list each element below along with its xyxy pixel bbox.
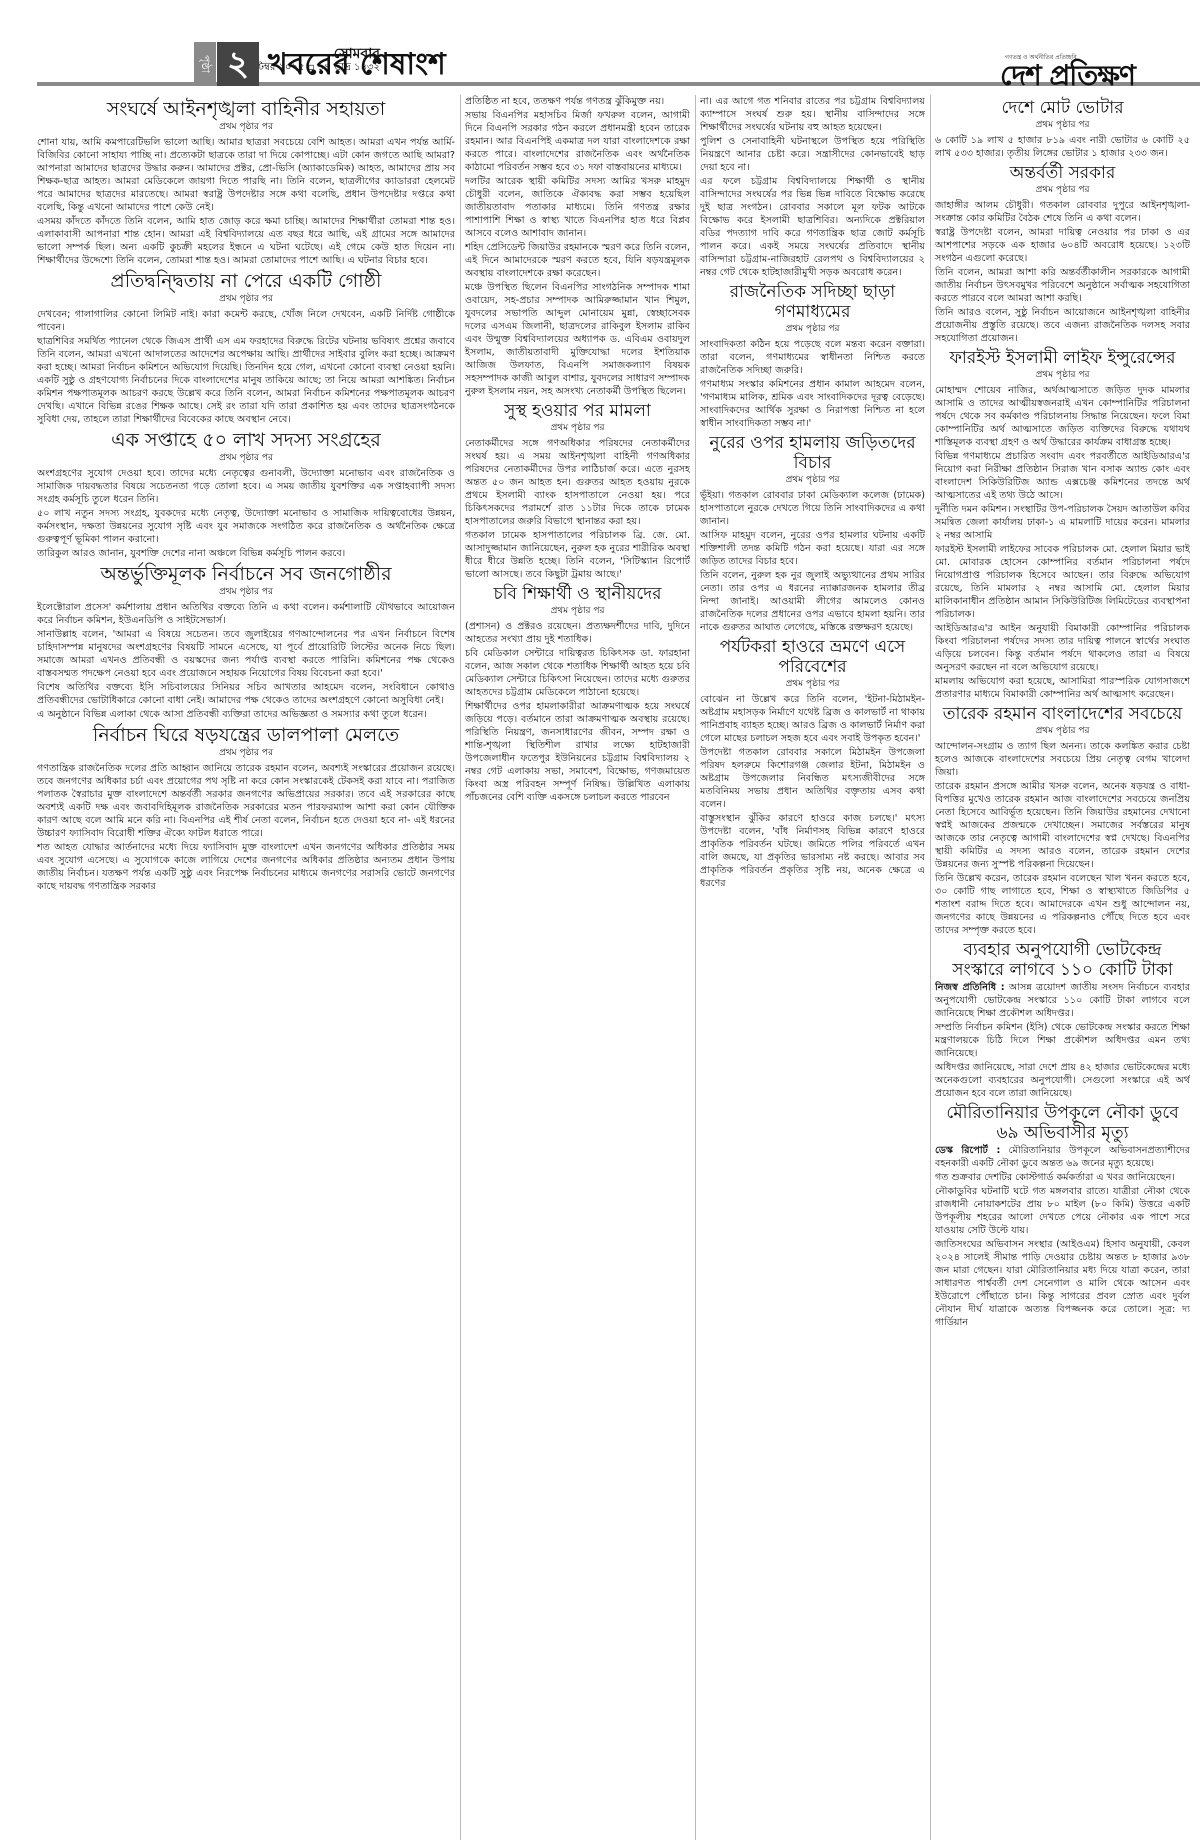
- article-votekendro-sanskar: ব্যবহার অনুপযোগী ভোটকেন্দ্র সংস্কারে লাগ…: [935, 940, 1190, 1100]
- article-paragraph: ছাত্রশিবির সমর্থিত প্যানেল থেকে জিএস প্র…: [37, 335, 455, 426]
- article-paragraph: ইলেক্টোরাল প্রসেস' কর্মশালায় প্রধান অতি…: [37, 601, 455, 627]
- column-divider: [695, 95, 696, 1840]
- continued-label: প্রথম পৃষ্ঠার পর: [935, 369, 1190, 382]
- continued-label: প্রথম পৃষ্ঠার পর: [37, 121, 455, 134]
- article-headline: অন্তর্ভুক্তিমূলক নির্বাচনে সব জনগোষ্ঠীর: [37, 563, 455, 585]
- article-chobi-shikkharthi: চবি শিক্ষার্থী ও স্থানীয়দের প্রথম পৃষ্ঠ…: [465, 584, 690, 804]
- continued-label: প্রথম পৃষ্ঠার পর: [465, 422, 690, 435]
- article-headline: সংঘর্ষে আইনশৃঙ্খলা বাহিনীর সহায়তা: [37, 98, 455, 120]
- article-paragraph: শত আহত যোদ্ধার আর্তনাদের মধ্যে দিয়ে ফ্য…: [37, 841, 455, 893]
- column-4: না। এর আগে গত শনিবার রাতের পর চট্টগ্রাম …: [700, 95, 925, 1840]
- article-continuation-fareast: ফারইস্ট ইসলামী লাইফের সাবেক পরিচালক মো. …: [935, 543, 1190, 701]
- article-headline: তারেক রহমান বাংলাদেশের সবচেয়ে: [935, 704, 1190, 724]
- article-continuation-cu: না। এর আগে গত শনিবার রাতের পর চট্টগ্রাম …: [700, 95, 925, 279]
- article-fareast-islami: ফারইস্ট ইসলামী লাইফ ইন্সুরেন্সের প্রথম প…: [935, 348, 1190, 542]
- article-paragraph: গত শুক্রবার দেশটির কোস্টগার্ড কর্মকর্তার…: [935, 1171, 1190, 1184]
- article-mauritania-boat: মৌরিতানিয়ার উপকূলে নৌকা ডুবে ৬৯ অভিবাসী…: [935, 1103, 1190, 1329]
- page-label: পৃষ্ঠা: [194, 42, 216, 86]
- article-protidwondwita: প্রতিদ্বন্দ্বিতায় না পেরে একটি গোষ্ঠী প…: [37, 270, 455, 426]
- article-paragraph: নিজস্ব প্রতিনিধি : আসন্ন ত্রয়োদশ জাতীয়…: [935, 981, 1190, 1020]
- masthead: সোমবার ১ সেপ্টেম্বর ২০২৫ ▫ ১৭ ভাদ্র ১৪৩২…: [0, 0, 1200, 80]
- article-paragraph: জাহাঙ্গীর আলম চৌধুরী। গতকাল রোববার দুপুর…: [935, 199, 1190, 225]
- article-paragraph: সানাউল্লাহ বলেন, 'আমরা এ বিষয়ে সচেতন। ত…: [37, 628, 455, 680]
- article-paragraph: স্বরাষ্ট্র উপদেষ্টা বলেন, আমরা দায়িত্ব …: [935, 226, 1190, 265]
- newspaper-logo: দেশ প্রতিক্ষণ: [1000, 54, 1135, 101]
- article-antarborti-sarkar: অন্তর্বর্তী সরকার প্রথম পৃষ্ঠার পর জাহাঙ…: [935, 163, 1190, 345]
- article-paragraph: পুলিশ ও সেনাবাহিনী ঘটনাস্থলে উপস্থিত হয়…: [700, 135, 925, 174]
- article-paragraph: ৬ কোটি ১৯ লাখ ৫ হাজার ৮১৯ এবং নারী ভোটার…: [935, 134, 1190, 160]
- article-paragraph: জাতিসংঘের অভিবাসন সংস্থার (আইওএম) হিসাব …: [935, 1238, 1190, 1329]
- article-paragraph: (প্রশাসন) ও প্রক্টরও রয়েছেন। প্রত্যক্ষদ…: [465, 620, 690, 646]
- column-divider: [930, 95, 931, 1840]
- article-paragraph: এ অনুষ্ঠানে বিভিন্ন এলাকা থেকে আসা প্রতি…: [37, 708, 455, 721]
- article-sustho-howar-por: সুস্থ হওয়ার পর মামলা প্রথম পৃষ্ঠার পর ন…: [465, 401, 690, 581]
- article-paragraph: এসময় কাঁদতে কাঁদতে তিনি বলেন, আমি হাত জ…: [37, 215, 455, 267]
- continued-label: প্রথম পৃষ্ঠার পর: [700, 323, 925, 336]
- article-paragraph: শহিদ প্রেসিডেন্ট জিয়াউর রহমানকে স্মরণ ক…: [465, 241, 690, 280]
- article-headline: এক সপ্তাহে ৫০ লাখ সদস্য সংগ্রহের: [37, 429, 455, 451]
- article-paragraph: অধিদপ্তর জানিয়েছে, সারা দেশে প্রায় ৪২ …: [935, 1061, 1190, 1100]
- article-headline: চবি শিক্ষার্থী ও স্থানীয়দের: [465, 584, 690, 604]
- article-paragraph: চবি মেডিকাল সেন্টারে দায়িত্বরত চিকিৎসক …: [465, 647, 690, 699]
- column-3: প্রতিষ্ঠিত না হবে, ততক্ষণ পর্যন্ত গণতন্ত…: [465, 95, 690, 1840]
- article-paragraph: গণমাধ্যম সংস্কার কমিশনের প্রধান কামাল আহ…: [700, 378, 925, 430]
- article-paragraph: সম্প্রতি নির্বাচন কমিশন (ইসি) থেকে ভোটকে…: [935, 1021, 1190, 1060]
- article-paragraph: বোঝেন না উল্লেখ করে তিনি বলেন, 'ইটনা-মিঠ…: [700, 693, 925, 745]
- article-paragraph: তিনি বলেন, নুরুল হক নুর জুলাই অভ্যুত্থান…: [700, 569, 925, 634]
- article-paragraph: আসিফ মাহমুদ বলেন, নুরের ওপর হামলার ঘটনায…: [700, 529, 925, 568]
- article-paragraph: মামলায় অভিযোগ করা হয়েছে, আসামিরা পারস্…: [935, 675, 1190, 701]
- continued-label: প্রথম পৃষ্ঠার পর: [465, 605, 690, 618]
- column-1: সংঘর্ষে আইনশৃঙ্খলা বাহিনীর সহায়তা প্রথম…: [37, 95, 455, 1840]
- article-headline: রাজনৈতিক সদিচ্ছা ছাড়া গণমাধ্যমের: [700, 282, 925, 322]
- article-paragraph: তিনি বলেন, আমরা আশা করি অন্তর্বর্তীকালীন…: [935, 266, 1190, 305]
- article-nirbachon-ghire: নির্বাচন ঘিরে ষড়যন্ত্রের ডালপালা মেলতে …: [37, 724, 455, 893]
- article-paragraph: বিশেষ অতিথির বক্তব্যে ইসি সচিবালয়ের সিন…: [37, 681, 455, 707]
- article-headline: অন্তর্বর্তী সরকার: [935, 163, 1190, 183]
- article-headline: মৌরিতানিয়ার উপকূলে নৌকা ডুবে ৬৯ অভিবাসী…: [935, 1103, 1190, 1143]
- article-headline: প্রতিদ্বন্দ্বিতায় না পেরে একটি গোষ্ঠী: [37, 270, 455, 292]
- article-headline: সুস্থ হওয়ার পর মামলা: [465, 401, 690, 421]
- article-paragraph: শিক্ষার্থীদের ওপর হামলাকারীরা আক্রমণাত্ম…: [465, 700, 690, 804]
- article-paragraph: গণতান্ত্রিক রাজনৈতিক দলের প্রতি আহ্বান জ…: [37, 762, 455, 840]
- article-paragraph: নেতাকর্মীদের সঙ্গে গণঅধিকার পরিষদের নেতা…: [465, 437, 690, 528]
- article-porjotokra-haore: পর্যটকরা হাওরে ভ্রমণে এসে পরিবেশের প্রথম…: [700, 637, 925, 890]
- article-paragraph: তারিকুল আরও জানান, যুবশক্তি দেশের নানা অ…: [37, 547, 455, 560]
- article-paragraph: ৫০ লাখ নতুন সদস্য সংগ্রহ, যুবকদের মধ্যে …: [37, 507, 455, 546]
- column-divider: [460, 95, 461, 1840]
- article-paragraph: তারেক রহমান প্রসঙ্গে আমীর খসরু বলেন, অনে…: [935, 780, 1190, 871]
- article-paragraph: গতকাল ঢামেক হাসপাতালের পরিচালক ব্রি. জে.…: [465, 529, 690, 581]
- article-paragraph: প্রতিষ্ঠিত না হবে, ততক্ষণ পর্যন্ত গণতন্ত…: [465, 95, 690, 108]
- article-headline: ফারইস্ট ইসলামী লাইফ ইন্সুরেন্সের: [935, 348, 1190, 368]
- continued-label: প্রথম পৃষ্ঠার পর: [700, 678, 925, 691]
- article-tarek-rahman: তারেক রহমান বাংলাদেশের সবচেয়ে প্রথম পৃষ…: [935, 704, 1190, 937]
- article-paragraph: মঞ্চে উপস্থিত ছিলেন বিএনপির সাংগঠনিক সম্…: [465, 281, 690, 398]
- continued-label: প্রথম পৃষ্ঠার পর: [935, 725, 1190, 738]
- article-paragraph: দুর্নীতি দমন কমিশন। সংস্থাটির উপ-পরিচালক…: [935, 503, 1190, 542]
- continued-label: প্রথম পৃষ্ঠার পর: [37, 747, 455, 760]
- article-headline: নির্বাচন ঘিরে ষড়যন্ত্রের ডালপালা মেলতে: [37, 724, 455, 746]
- article-deshe-mot-voter: দেশে মোট ভোটার প্রথম পৃষ্ঠার পর ৬ কোটি ১…: [935, 98, 1190, 160]
- article-paragraph: মোহাম্মদ শোয়েব নাজির, অর্থআত্মসাতে জড়ি…: [935, 384, 1190, 449]
- article-paragraph: বাস্তুসংস্থান ঝুঁকির কারণে হাওরে কাজ চলছ…: [700, 812, 925, 890]
- article-nurer-opor-hamla: নুরের ওপর হামলায় জড়িতদের বিচার প্রথম প…: [700, 433, 925, 634]
- continued-label: প্রথম পৃষ্ঠার পর: [37, 293, 455, 306]
- article-headline: ব্যবহার অনুপযোগী ভোটকেন্দ্র সংস্কারে লাগ…: [935, 940, 1190, 980]
- continued-label: প্রথম পৃষ্ঠার পর: [37, 452, 455, 465]
- article-rajnoitik-sadichha: রাজনৈতিক সদিচ্ছা ছাড়া গণমাধ্যমের প্রথম …: [700, 282, 925, 430]
- article-paragraph: তিনি উল্লেখ করেন, তারেক রহমান বলেছেন খাল…: [935, 872, 1190, 937]
- article-paragraph: দেখবেন; গালাগালির কোনো লিমিট নাই। কারা ক…: [37, 308, 455, 334]
- article-paragraph: আন্দোলন-সংগ্রাম ও ত্যাগ ছিল অনন্য। তাকে …: [935, 740, 1190, 779]
- article-paragraph: ভূঁইয়া। গতকাল রোববার ঢাকা মেডিক্যাল কলে…: [700, 489, 925, 528]
- article-paragraph: অংশগ্রহণের সুযোগ দেওয়া হবে। তাদের মধ্যে…: [37, 467, 455, 506]
- article-sanghorshe: সংঘর্ষে আইনশৃঙ্খলা বাহিনীর সহায়তা প্রথম…: [37, 98, 455, 267]
- article-paragraph: ফারইস্ট ইসলামী লাইফের সাবেক পরিচালক মো. …: [935, 543, 1190, 621]
- continued-label: প্রথম পৃষ্ঠার পর: [935, 184, 1190, 197]
- article-paragraph: নৌকাডুবির ঘটনাটি ঘটে গত মঙ্গলবার রাতে। য…: [935, 1185, 1190, 1237]
- continued-label: প্রথম পৃষ্ঠার পর: [37, 586, 455, 599]
- article-paragraph: সভায় বিএনপির মহাসচিব মির্জা ফখরুল বলেন,…: [465, 109, 690, 174]
- article-paragraph: ডেস্ক রিপোর্ট : মৌরিতানিয়ার উপকূলে অভিব…: [935, 1144, 1190, 1170]
- article-paragraph: উপদেষ্টা গতকাল রোববার সকালে মিঠামইন উপজে…: [700, 746, 925, 811]
- article-paragraph: না। এর আগে গত শনিবার রাতের পর চট্টগ্রাম …: [700, 95, 925, 134]
- article-headline: দেশে মোট ভোটার: [935, 98, 1190, 118]
- article-paragraph: দলটির আরেক স্থায়ী কমিটির সদস্য আমির খসর…: [465, 175, 690, 240]
- byline: ডেস্ক রিপোর্ট :: [935, 1145, 1000, 1156]
- article-paragraph: সাংবাদিকতা কঠিন হয়ে পড়েছে বলে মন্তব্য …: [700, 338, 925, 377]
- article-antarbhuktimulok: অন্তর্ভুক্তিমূলক নির্বাচনে সব জনগোষ্ঠীর …: [37, 563, 455, 721]
- article-paragraph: তিনি আরও বলেন, সুষ্ঠু নির্বাচন আয়োজনে আ…: [935, 306, 1190, 345]
- article-headline: নুরের ওপর হামলায় জড়িতদের বিচার: [700, 433, 925, 473]
- page-number: ২: [217, 42, 259, 86]
- article-continuation-bnp: প্রতিষ্ঠিত না হবে, ততক্ষণ পর্যন্ত গণতন্ত…: [465, 95, 690, 398]
- byline: নিজস্ব প্রতিনিধি :: [935, 982, 1005, 993]
- continued-label: প্রথম পৃষ্ঠার পর: [935, 119, 1190, 132]
- article-headline: পর্যটকরা হাওরে ভ্রমণে এসে পরিবেশের: [700, 637, 925, 677]
- article-paragraph: এর ফলে চট্টগ্রাম বিশ্ববিদ্যালয়ে শিক্ষার…: [700, 175, 925, 279]
- article-paragraph: আইডিআরএ'র আইন অনুযায়ী বিমাকারী কোম্পানি…: [935, 622, 1190, 674]
- column-5: দেশে মোট ভোটার প্রথম পৃষ্ঠার পর ৬ কোটি ১…: [935, 95, 1190, 1840]
- article-paragraph: বিভিন্ন গণমাধ্যমে প্রচারিত সংবাদ এবং পরব…: [935, 450, 1190, 502]
- continued-label: প্রথম পৃষ্ঠার পর: [700, 474, 925, 487]
- article-ek-saptahe: এক সপ্তাহে ৫০ লাখ সদস্য সংগ্রহের প্রথম প…: [37, 429, 455, 560]
- article-paragraph: শোনা যায়, আমি কমপারেটিভলি ভালো আছি। আমা…: [37, 136, 455, 214]
